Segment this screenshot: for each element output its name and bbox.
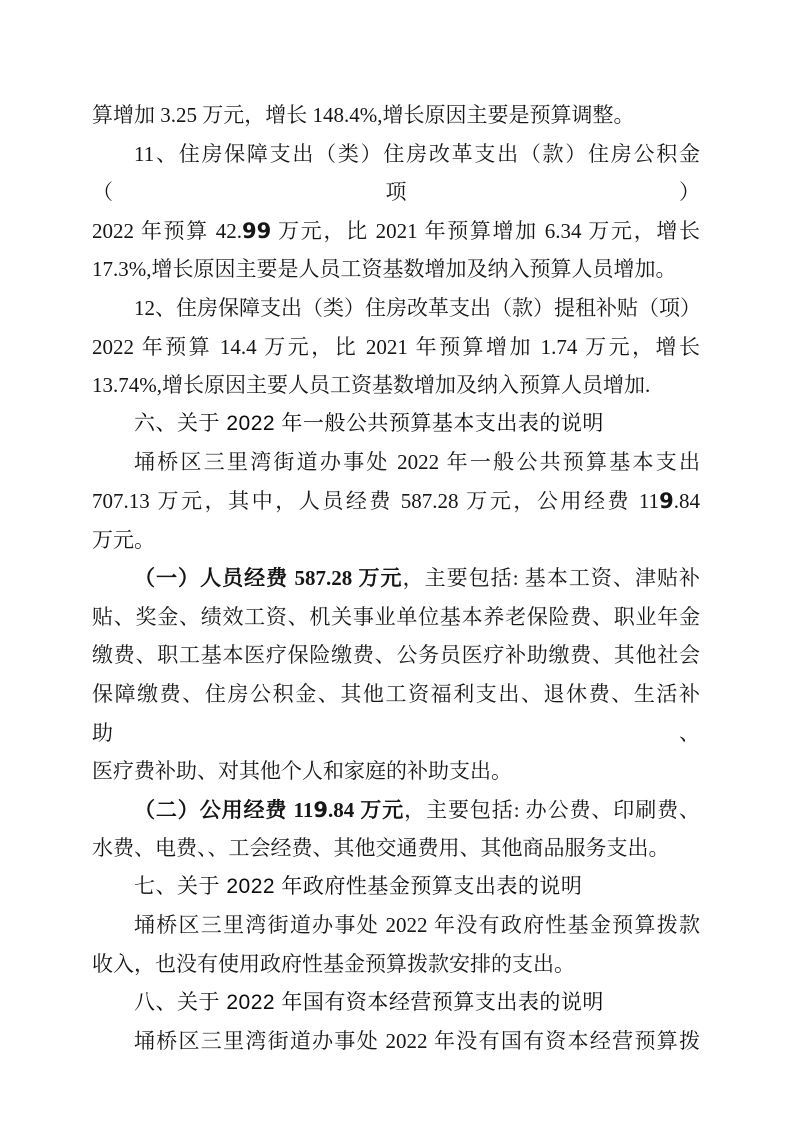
text-segment: 12、住房保障支出（类）住房改革支出（款）提租补贴（项） bbox=[134, 296, 701, 320]
text-segment: 缴费、职工基本医疗保险缴费、公务员医疗补助缴费、其他社会 bbox=[92, 643, 700, 667]
section-heading: 八、关于 2022 年国有资本经营预算支出表的说明 bbox=[92, 984, 700, 1023]
text-line: 埇桥区三里湾街道办事处 2022 年没有国有资本经营预算拨 bbox=[92, 1022, 700, 1061]
text-line: 收入，也没有使用政府性基金预算拨款安排的支出。 bbox=[92, 945, 700, 984]
paragraph: 12、住房保障支出（类）住房改革支出（款）提租补贴（项）2022 年预算 14.… bbox=[92, 289, 700, 405]
text-segment: 贴、奖金、绩效工资、机关事业单位基本养老保险费、职业年金 bbox=[92, 605, 700, 629]
text-line: 2022 年预算 42.99 万元，比 2021 年预算增加 6.34 万元，增… bbox=[92, 212, 700, 251]
text-segment: 707.13 万元，其中，人员经费 587.28 万元，公用经费 11 bbox=[92, 489, 659, 513]
text-line: 八、关于 2022 年国有资本经营预算支出表的说明 bbox=[92, 984, 700, 1023]
text-segment: 17.3%,增长原因主要是人员工资基数增加及纳入预算人员增加。 bbox=[92, 257, 677, 281]
text-line: 六、关于 2022 年一般公共预算基本支出表的说明 bbox=[92, 405, 700, 444]
text-segment: （二）公用经费 11 bbox=[134, 798, 313, 822]
paragraph: （一）人员经费 587.28 万元，主要包括: 基本工资、津贴补贴、奖金、绩效工… bbox=[92, 559, 700, 791]
text-line: 七、关于 2022 年政府性基金预算支出表的说明 bbox=[92, 868, 700, 907]
text-segment: 99 bbox=[242, 219, 271, 243]
text-line: 2022 年预算 14.4 万元，比 2021 年预算增加 1.74 万元，增长 bbox=[92, 328, 700, 367]
text-segment: 2022 年预算 14.4 万元，比 2021 年预算增加 1.74 万元，增长 bbox=[92, 335, 700, 359]
section-heading: 六、关于 2022 年一般公共预算基本支出表的说明 bbox=[92, 405, 700, 444]
text-line: 埇桥区三里湾街道办事处 2022 年一般公共预算基本支出 bbox=[92, 443, 700, 482]
text-segment: ，主要包括: 基本工资、津贴补 bbox=[403, 566, 700, 590]
text-segment: 六、关于 2022 年一般公共预算基本支出表的说明 bbox=[134, 412, 604, 435]
text-line: （二）公用经费 119.84 万元，主要包括: 办公费、印刷费、 bbox=[92, 791, 700, 830]
text-line: 12、住房保障支出（类）住房改革支出（款）提租补贴（项） bbox=[92, 289, 700, 328]
text-segment: 埇桥区三里湾街道办事处 2022 年没有国有资本经营预算拨 bbox=[134, 1029, 700, 1053]
paragraph: 算增加 3.25 万元，增长 148.4%,增长原因主要是预算调整。 bbox=[92, 96, 700, 135]
paragraph: （二）公用经费 119.84 万元，主要包括: 办公费、印刷费、水费、电费、、工… bbox=[92, 791, 700, 868]
text-line: 保障缴费、住房公积金、其他工资福利支出、退休费、生活补助、 bbox=[92, 675, 700, 752]
text-segment: 算增加 3.25 万元，增长 148.4%,增长原因主要是预算调整。 bbox=[92, 103, 635, 127]
text-segment: 9 bbox=[313, 798, 328, 822]
document-page: 算增加 3.25 万元，增长 148.4%,增长原因主要是预算调整。11、住房保… bbox=[0, 0, 793, 1122]
text-segment: 埇桥区三里湾街道办事处 2022 年没有政府性基金预算拨款 bbox=[134, 913, 700, 937]
text-line: 缴费、职工基本医疗保险缴费、公务员医疗补助缴费、其他社会 bbox=[92, 636, 700, 675]
text-line: （一）人员经费 587.28 万元，主要包括: 基本工资、津贴补 bbox=[92, 559, 700, 598]
paragraph: 埇桥区三里湾街道办事处 2022 年一般公共预算基本支出707.13 万元，其中… bbox=[92, 443, 700, 559]
text-segment: ，主要包括: 办公费、印刷费、 bbox=[404, 798, 700, 822]
text-line: 17.3%,增长原因主要是人员工资基数增加及纳入预算人员增加。 bbox=[92, 250, 700, 289]
paragraph: 11、住房保障支出（类）住房改革支出（款）住房公积金（项）2022 年预算 42… bbox=[92, 135, 700, 289]
text-segment: 埇桥区三里湾街道办事处 2022 年一般公共预算基本支出 bbox=[134, 450, 700, 474]
text-segment: 13.74%,增长原因主要人员工资基数增加及纳入预算人员增加. bbox=[92, 373, 650, 397]
text-segment: 11、住房保障支出（类）住房改革支出（款）住房公积金（项） bbox=[92, 142, 700, 205]
text-segment: 收入，也没有使用政府性基金预算拨款安排的支出。 bbox=[92, 952, 575, 976]
paragraph: 埇桥区三里湾街道办事处 2022 年没有政府性基金预算拨款收入，也没有使用政府性… bbox=[92, 906, 700, 983]
text-line: 医疗费补助、对其他个人和家庭的补助支出。 bbox=[92, 752, 700, 791]
section-heading: 七、关于 2022 年政府性基金预算支出表的说明 bbox=[92, 868, 700, 907]
text-segment: 七、关于 2022 年政府性基金预算支出表的说明 bbox=[134, 875, 582, 898]
text-segment: 万元。 bbox=[92, 528, 155, 552]
text-line: 水费、电费、、工会经费、其他交通费用、其他商品服务支出。 bbox=[92, 829, 700, 868]
text-segment: 9 bbox=[659, 489, 674, 513]
text-line: 707.13 万元，其中，人员经费 587.28 万元，公用经费 119.84 bbox=[92, 482, 700, 521]
text-segment: .84 bbox=[674, 489, 700, 513]
paragraph: 埇桥区三里湾街道办事处 2022 年没有国有资本经营预算拨 bbox=[92, 1022, 700, 1061]
text-segment: 万元，比 2021 年预算增加 6.34 万元，增长 bbox=[271, 219, 700, 243]
document-body: 算增加 3.25 万元，增长 148.4%,增长原因主要是预算调整。11、住房保… bbox=[92, 96, 700, 1061]
text-segment: .84 万元 bbox=[328, 798, 404, 822]
text-segment: （一）人员经费 587.28 万元 bbox=[134, 566, 403, 590]
text-line: 万元。 bbox=[92, 521, 700, 560]
text-segment: 医疗费补助、对其他个人和家庭的补助支出。 bbox=[92, 759, 512, 783]
text-segment: 八、关于 2022 年国有资本经营预算支出表的说明 bbox=[134, 991, 604, 1014]
text-line: 贴、奖金、绩效工资、机关事业单位基本养老保险费、职业年金 bbox=[92, 598, 700, 637]
text-line: 11、住房保障支出（类）住房改革支出（款）住房公积金（项） bbox=[92, 135, 700, 212]
text-segment: 水费、电费、、工会经费、其他交通费用、其他商品服务支出。 bbox=[92, 836, 670, 860]
text-segment: 2022 年预算 42. bbox=[92, 219, 242, 243]
text-segment: 保障缴费、住房公积金、其他工资福利支出、退休费、生活补助、 bbox=[92, 682, 700, 745]
text-line: 埇桥区三里湾街道办事处 2022 年没有政府性基金预算拨款 bbox=[92, 906, 700, 945]
text-line: 算增加 3.25 万元，增长 148.4%,增长原因主要是预算调整。 bbox=[92, 96, 700, 135]
text-line: 13.74%,增长原因主要人员工资基数增加及纳入预算人员增加. bbox=[92, 366, 700, 405]
